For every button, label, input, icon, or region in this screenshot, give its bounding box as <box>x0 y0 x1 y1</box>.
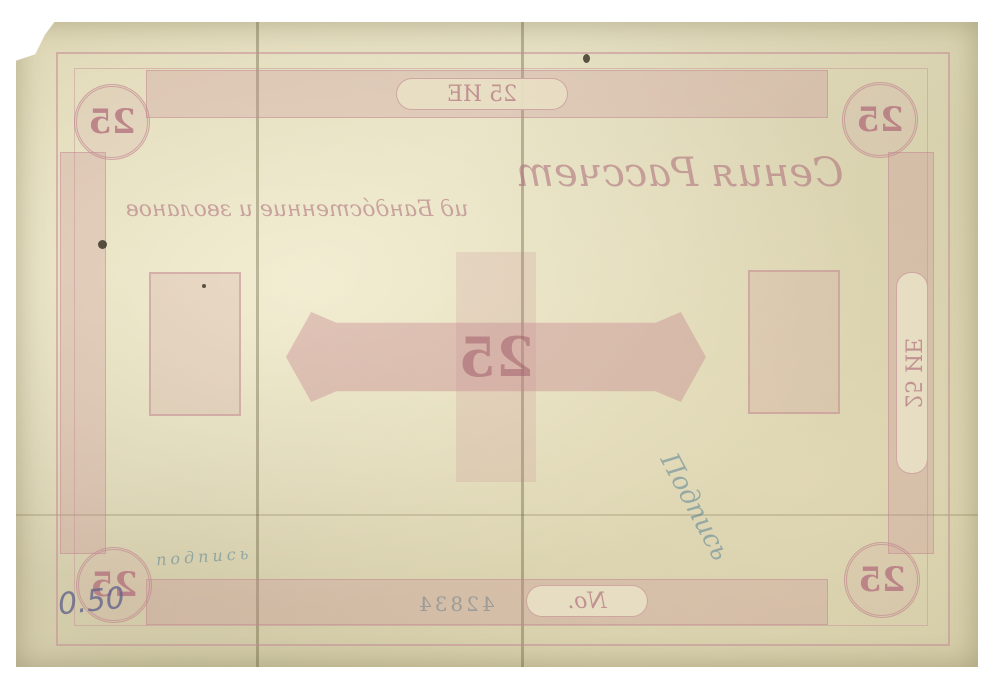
right-ornament-panel <box>748 270 840 414</box>
serial-number: 42834 <box>416 592 495 616</box>
central-denomination: 25 <box>286 312 706 402</box>
pencil-price-mark: 0.50 <box>56 581 126 623</box>
stain-spot <box>583 54 590 63</box>
corner-denomination-bottom-right: 25 <box>844 542 920 618</box>
stain-spot <box>98 240 107 249</box>
corner-denomination-top-left: 25 <box>74 84 150 160</box>
script-subheading: ид Бандо́стенние и зволанов <box>126 197 846 222</box>
top-cartouche: 25 ИЕ <box>396 78 568 110</box>
banknote: 25 ИЕ 25 ИЕ No. 25 25 25 25 Сения Рассче… <box>16 22 978 667</box>
left-ornament-panel <box>149 272 241 416</box>
corner-denomination-top-right: 25 <box>842 82 918 158</box>
serial-label: No. <box>526 585 648 617</box>
right-cartouche: 25 ИЕ <box>896 272 928 474</box>
left-ornament-band <box>60 152 106 554</box>
script-heading: Сения Рассчет <box>516 150 844 196</box>
stain-spot <box>202 284 206 288</box>
